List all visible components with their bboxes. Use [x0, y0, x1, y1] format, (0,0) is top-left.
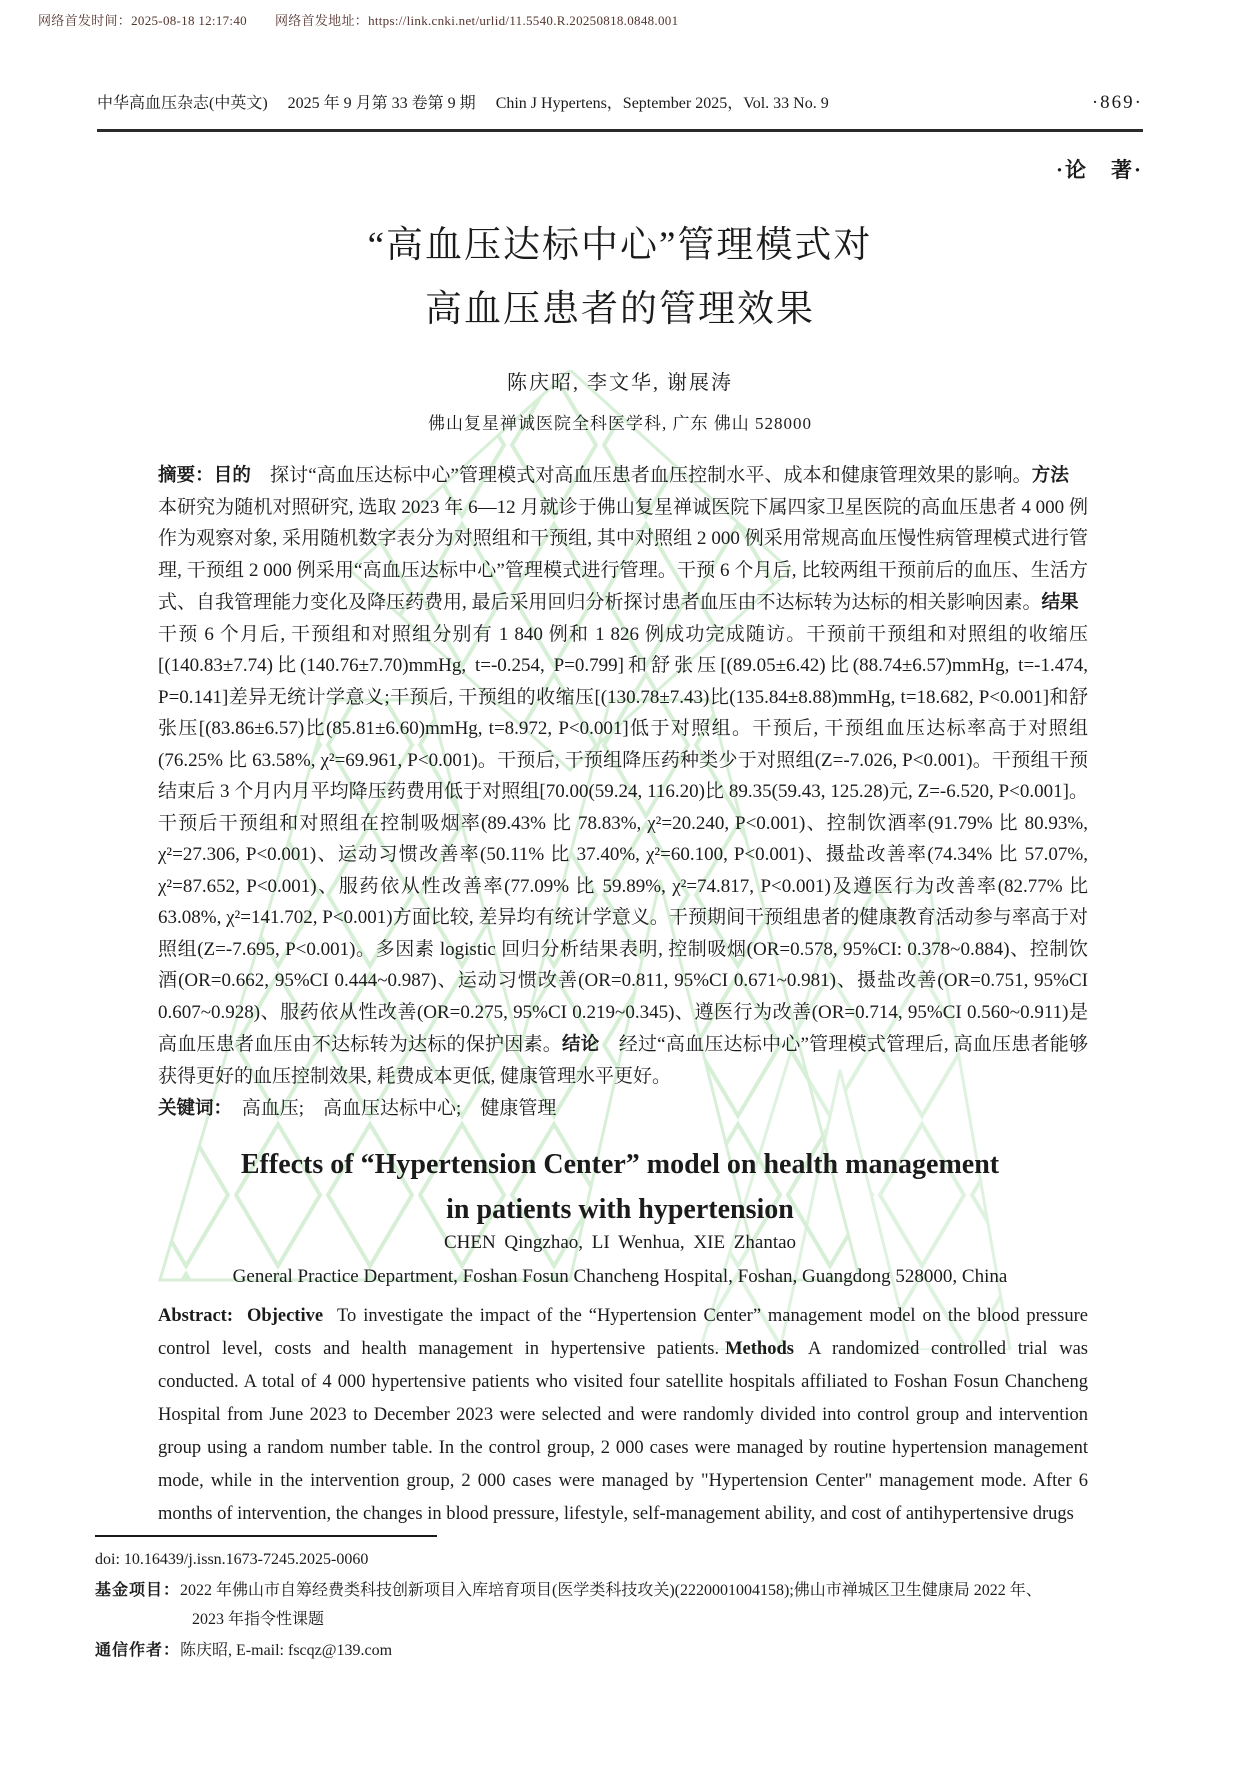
fund-line: 基金项目：2022 年佛山市自筹经费类科技创新项目入库培育项目(医学类科技攻关)… [95, 1581, 1147, 1630]
article-title-en: Effects of “Hypertension Center” model o… [97, 1142, 1143, 1232]
abstract-cn-paragraph: 摘要：目的 探讨“高血压达标中心”管理模式对高血压患者血压控制水平、成本和健康管… [158, 459, 1088, 1092]
corresponding-author-text: 陈庆昭, E-mail: fscqz@139.com [180, 1642, 392, 1659]
abstract-cn: 摘要：目的 探讨“高血压达标中心”管理模式对高血压患者血压控制水平、成本和健康管… [158, 459, 1088, 1125]
journal-header-left: 中华高血压杂志(中英文)2025 年 9 月第 33 卷第 9 期Chin J … [97, 90, 829, 113]
cnki-meta-line: 网络首发时间：2025-08-18 12:17:40网络首发地址：https:/… [38, 10, 678, 29]
abstract-results-label-cn: 结果 [1042, 591, 1079, 612]
journal-title-cn: 中华高血压杂志(中英文) [97, 95, 268, 112]
footnote-divider [95, 1535, 437, 1537]
fund-text-line2: 2023 年指令性课题 [95, 1610, 1147, 1630]
header-rule [97, 129, 1143, 132]
abstract-methods-en: A randomized controlled trial was conduc… [158, 1339, 1088, 1524]
fund-text-line1: 2022 年佛山市自筹经费类科技创新项目入库培育项目(医学类科技攻关)(2220… [180, 1582, 1042, 1599]
journal-issue-cn: 2025 年 9 月第 33 卷第 9 期 [288, 95, 476, 112]
article-type-label: ·论 著· [97, 154, 1143, 184]
abstract-objective-label-cn: 摘要：目的 [158, 464, 251, 485]
publish-time-label: 网络首发时间： [38, 13, 131, 28]
abstract-methods-label-cn: 方法 [1032, 464, 1069, 485]
abstract-en: Abstract:ObjectiveTo investigate the imp… [158, 1300, 1088, 1531]
keywords-label-cn: 关键词： [158, 1097, 223, 1118]
abstract-objective-label-en: Objective [247, 1306, 323, 1326]
journal-first-page: { "meta_header": { "publish_time_label":… [0, 0, 1240, 1766]
abstract-label-en: Abstract: [158, 1306, 233, 1326]
keywords-text-cn: 高血压; 高血压达标中心; 健康管理 [223, 1098, 557, 1119]
abstract-objective-cn: 探讨“高血压达标中心”管理模式对高血压患者血压控制水平、成本和健康管理效果的影响… [251, 465, 1032, 486]
article-title-en-line1: Effects of “Hypertension Center” model o… [97, 1142, 1143, 1187]
fund-label: 基金项目： [95, 1582, 180, 1599]
article-title-cn-line1: “高血压达标中心”管理模式对 [97, 214, 1143, 278]
abstract-methods-label-en: Methods [725, 1339, 794, 1359]
authors-cn: 陈庆昭, 李文华, 谢展涛 [97, 366, 1143, 395]
authors-en: CHEN Qingzhao, LI Wenhua, XIE Zhantao [97, 1232, 1143, 1254]
affiliation-en: General Practice Department, Foshan Fosu… [97, 1266, 1143, 1288]
footnotes: doi: 10.16439/j.issn.1673-7245.2025-0060… [95, 1550, 1147, 1672]
abstract-methods-cn: 本研究为随机对照研究, 选取 2023 年 6—12 月就诊于佛山复星禅诚医院下… [158, 465, 1088, 613]
corresponding-author-label: 通信作者： [95, 1642, 180, 1659]
doi-line: doi: 10.16439/j.issn.1673-7245.2025-0060 [95, 1550, 1147, 1570]
article-title-cn: “高血压达标中心”管理模式对 高血压患者的管理效果 [97, 214, 1143, 342]
article-title-cn-line2: 高血压患者的管理效果 [97, 278, 1143, 342]
page-number: ·869· [1092, 92, 1143, 114]
article-title-en-line2: in patients with hypertension [97, 1187, 1143, 1232]
abstract-results-cn: 干预 6 个月后, 干预组和对照组分别有 1 840 例和 1 826 例成功完… [158, 592, 1098, 1055]
journal-header: 中华高血压杂志(中英文)2025 年 9 月第 33 卷第 9 期Chin J … [97, 90, 1143, 114]
publish-url-label: 网络首发地址： [275, 13, 368, 28]
publish-time-value: 2025-08-18 12:17:40 [131, 13, 247, 28]
publish-url-value: https://link.cnki.net/urlid/11.5540.R.20… [368, 13, 678, 28]
corresponding-author-line: 通信作者：陈庆昭, E-mail: fscqz@139.com [95, 1641, 1147, 1661]
journal-title-en: Chin J Hypertens，September 2025，Vol. 33 … [496, 95, 829, 112]
affiliation-cn: 佛山复星禅诚医院全科医学科, 广东 佛山 528000 [97, 409, 1143, 434]
abstract-conclusion-label-cn: 结论 [562, 1033, 599, 1054]
keywords-cn: 关键词： 高血压; 高血压达标中心; 健康管理 [158, 1092, 1088, 1125]
